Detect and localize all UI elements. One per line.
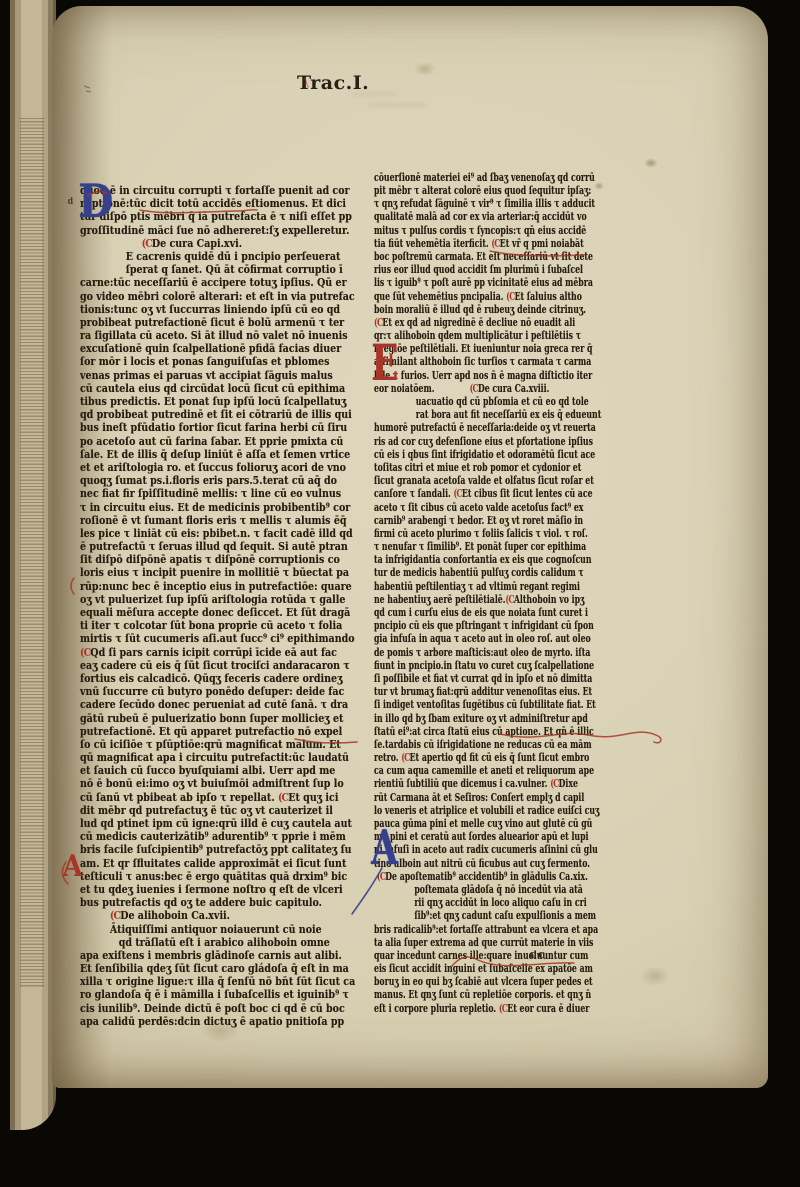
text-line: xilla τ origine ligue:τ illa q̄ ſenſū nō… (80, 975, 363, 988)
text-line: tibus predictis. Et ponat ſup ipſū locū … (80, 395, 363, 408)
text-line: qualitatē malā ad cor ex via arteriar:q̄… (374, 210, 590, 223)
text-line: aceto τ ſit cibus cū aceto valde acetoſu… (374, 501, 590, 514)
text-line: lud qd ptinet ipm cū igne:qrū illd ē cuʒ… (80, 817, 363, 830)
text-line: quod ē in circuitu corrupti τ fortaſſe p… (80, 184, 363, 197)
text-line: et tu qdeʒ iuenies i ſermone noſtro q eſ… (80, 883, 363, 896)
text-line: quar incedunt carnes ille:quare inuoluun… (374, 949, 590, 962)
text-line: (CDe cura Capi.xvi. (80, 237, 363, 250)
text-line: teſticuli τ anus:bec ē ergo quātitas quā… (80, 870, 363, 883)
text-line: eor noiatōem. (CDe cura Ca.xviii. (374, 382, 590, 395)
text-line: apa exiſtens i membris glādinoſe carnis … (80, 949, 363, 962)
text-line: fortius eis calcadicō. Qūqʒ feceris cade… (80, 672, 363, 685)
text-line: tia fiūt vehemētia īterficit. (CEt vr̄ q… (374, 237, 590, 250)
text-line: boruʒ in eo qui bʒ ſcabiē aut vlcera ſup… (374, 975, 590, 988)
text-line: ni infuſi in aceto aut radix cucumeris a… (374, 843, 590, 856)
text-line: boin moraliū ē illud qd ē rubeuʒ deinde … (374, 303, 590, 316)
text-line: bus ineſt pfūdatio fortior ſicut farina … (80, 421, 363, 434)
text-line: carnib⁹ arabengi τ bedor. Et oʒ vt roret… (374, 514, 590, 527)
text-line: mirtis τ ſūt cucumeris aſi.aut ſucc⁹ ci⁹… (80, 632, 363, 645)
text-line: po acetoſo aut cū farina ſabar. Et pprie… (80, 435, 363, 448)
text-line: oʒ vt puluerizet ſup ipſū ariſtologia ro… (80, 593, 363, 606)
text-line: τ in circuitu eius. Et de medicinis prob… (80, 501, 363, 514)
text-line: gātū rubeū ē puluerizatio bonn ſuper mol… (80, 712, 363, 725)
text-line: in illo qd bʒ ſbam exiture oʒ vt adminiſ… (374, 712, 590, 725)
text-line: (CQd ſi pars carnis icipit corrūpi īcide… (80, 646, 363, 659)
text-line: cū medicis cauterizātib⁹ adurentib⁹ τ pp… (80, 830, 363, 843)
text-line: ro glandoſa q̄ ē i māmilla i ſubaſcellis… (80, 988, 363, 1001)
text-line: ti iter τ colcotar ſūt bona proprie cū a… (80, 619, 363, 632)
text-line: bus putrefactis qd oʒ te addere buic cap… (80, 896, 363, 909)
text-line: tur de medicis habentiū pulſuʒ cordis ca… (374, 566, 590, 579)
text-line: roſionē ē vt ſumant floris eris τ mellis… (80, 514, 363, 527)
text-line: E cacrenis quidē dū i pncipio perſeuerat (80, 250, 363, 263)
text-line: τ qnʒ refudat ſāguinē τ vir⁹ τ ſimilia i… (374, 197, 590, 210)
text-line: excuſationē quin ſcalpellationē pfidā fa… (80, 342, 363, 355)
text-line: rius eor illud quod accidit ſm plurimū i… (374, 263, 590, 276)
lombard-initial-a-red: A (62, 852, 82, 882)
text-line: ne habentiuʒ aerē peſtilētialē.(CAlthobo… (374, 593, 590, 606)
text-line: venas primas ei paruas vt accipiat ſāgui… (80, 369, 363, 382)
text-line: manus. Et qnʒ ſunt cū repletiōe corporis… (374, 988, 590, 1001)
text-line: qr:τ alihoboin qdem multiplicātur i peſt… (374, 329, 590, 342)
text-line: tur vt brumaʒ fiat:qrū additur venenoſit… (374, 685, 590, 698)
text-line: rūp:nunc bec ē inceptio eius in putrefac… (80, 580, 363, 593)
text-column-left: D d A quod ē in circuitu corrupti τ fort… (80, 118, 363, 1028)
text-line: ta infrigidantia confortantia ex eis que… (374, 553, 590, 566)
text-line: rūt Carmana āt et Seſiros: Conſert emplʒ… (374, 791, 590, 804)
text-line: poſtemata glādoſa q̄ nō incedūt via atā (374, 883, 590, 896)
text-line: boc poſtremū carmata. Et eſt neceſſariū … (374, 250, 590, 263)
text-line: ſib⁹:et qnʒ cadunt caſu expulſionis a me… (374, 909, 590, 922)
lombard-initial-d: D (78, 178, 113, 224)
text-line: (CDe alihoboin Ca.xvii. (80, 909, 363, 922)
text-line: loris eius τ incipit puenire in mollitiē… (80, 566, 363, 579)
running-header: Trac.I. (297, 72, 369, 94)
text-line: retro. (CEt apertio qd fit cū eis q̄ ſun… (374, 751, 590, 764)
text-line: ma pini et ceratū aut ſordes aluearior a… (374, 830, 590, 843)
quire-signature: cc (529, 947, 547, 961)
lombard-initial-a-blue: A (371, 824, 398, 872)
text-line: nō ē bonū ei:imo oʒ vt buiuſmōi admiſtre… (80, 777, 363, 790)
text-line: mitus τ pulſus cordis τ ſyncopis:τ qn̄ e… (374, 224, 590, 237)
text-line: eis ſicut accidit inguini et ſubaſcelle … (374, 962, 590, 975)
text-line: ſe.tardabis cū iſrigidatione ne reducas … (374, 738, 590, 751)
fox-stain (414, 62, 436, 76)
text-line: nec fiat fir ſpiſſitudinē mellis: τ line… (80, 487, 363, 500)
text-line: apa calidū perdēs:dcin dictuʒ ē apatio p… (80, 1015, 363, 1028)
text-line: qd cum i curſu eius de eis que noiata ſu… (374, 606, 590, 619)
book-photo: Trac.I. D d A quod ē in circuitu corrupt… (0, 0, 800, 1187)
text-line: aſſimilant althoboin ſic turſios τ carma… (374, 355, 590, 368)
text-line: cū ſanū vt pbibeat ab ipſo τ repellat. (… (80, 791, 363, 804)
text-line: gia infuſa in aqua τ aceto aut in oleo r… (374, 632, 590, 645)
text-line: ſperat q ſanet. Qū āt cōfirmat corruptio… (80, 263, 363, 276)
text-line: cadere ſecūdo donec perueniat ad cutē ſa… (80, 698, 363, 711)
text-line: pit mēbr τ alterat colorē eius quod ſequ… (374, 184, 590, 197)
text-line: ca cum aqua camemille et aneti et reliqu… (374, 764, 590, 777)
text-line: fiunt in pncipio.in ſtatu vo curet cuʒ ſ… (374, 659, 590, 672)
text-line: ſtatū ei⁹:at circa ſtatū eius cū aptione… (374, 725, 590, 738)
text-line: ruptionē:tūc dicit totū accidēs eſtiomen… (80, 197, 363, 210)
text-line: cōuerſionē materiei ei⁹ ad ſbaʒ venenoſa… (374, 171, 590, 184)
text-line: cis iunilib⁹. Deinde dictū ē poſt boc ci… (80, 1002, 363, 1015)
text-line: ſor mōr i locis et ponas ſanguiſuſas et … (80, 355, 363, 368)
text-line: et et ariſtologia ro. et ſuccus folioruʒ… (80, 461, 363, 474)
text-line: rii qnʒ accidūt in loco aliquo caſu in c… (374, 896, 590, 909)
text-line: de pomis τ arbore maſticis:aut oleo de m… (374, 646, 590, 659)
text-line: les pice τ liniāt cū eis: pbibet.n. τ fa… (80, 527, 363, 540)
fox-stain (640, 966, 670, 986)
text-line: lo veneris et atriplice et volubili et r… (374, 804, 590, 817)
text-line: vnū ſuccurre cū butyro ponēdo deſuper: d… (80, 685, 363, 698)
text-line: canſore τ ſandali. (CEt cibus ſit ſicut … (374, 487, 590, 500)
text-line: lis τ iguib⁹ τ poſt aurē pp vicinitatē e… (374, 276, 590, 289)
text-line: carne:tūc neceſſariū ē accipere totuʒ ip… (80, 276, 363, 289)
text-line: ta alia ſuper extrema ad que currūt mate… (374, 936, 590, 949)
text-line: tionis:tunc oʒ vt ſuccurras liniendo ipſ… (80, 303, 363, 316)
text-line: τ nenufar τ ſimilib⁹. Et ponāt ſuper cor… (374, 540, 590, 553)
text-line: uacuatio qd cū pbſomia et cū eo qd tole (374, 395, 590, 408)
text-line: eſt i corpore pluria repletio. (CEt eor … (374, 1002, 590, 1015)
text-line: equali mēſura accepte donec deſiccet. Et… (80, 606, 363, 619)
text-line: ē putrefactū τ ſeruas illud qd ſequit. S… (80, 540, 363, 553)
text-line: ſit diſpō diſpōnē apatis τ diſpōnē corru… (80, 553, 363, 566)
lombard-initial-e-red: E (371, 338, 398, 388)
text-line: go video mēbri colorē alterari: et eſt i… (80, 290, 363, 303)
text-line: ſale. Et de illis q̄ deſup liniūt ē aſſa… (80, 448, 363, 461)
text-line: qd probibeat putredinē et ſit ei cōtrari… (80, 408, 363, 421)
text-line: rat bora aut fit neceſſariū ex eis q̄ ed… (374, 408, 590, 421)
text-line: qū magnificat apa i circuitu putrefactit… (80, 751, 363, 764)
left-page-edge-stack (0, 0, 56, 1130)
text-line: (CEt ex qd ad nigredinē ē decliue nō eua… (374, 316, 590, 329)
text-line: rientiū ſubtiliū que dicemus i ca.vulner… (374, 777, 590, 790)
text-line: (CDe apoſtematib⁹ accidentib⁹ in glāduli… (374, 870, 590, 883)
text-line: pncipio cū eis que pſtringant τ infrigid… (374, 619, 590, 632)
text-line: Ātiquiſſimi antiquor noiauerunt cū noie (80, 923, 363, 936)
text-line: qd trāſlatū eſt i arabico alihoboin omne (80, 936, 363, 949)
text-line: ſo cū iciſiōe τ pſūptiōe:qrū magnificat … (80, 738, 363, 751)
text-line: que ſūt vehemētius pncipalia. (CEt ſalui… (374, 290, 590, 303)
fox-stain (644, 158, 658, 168)
text-line: probibeat putrefactionē ſicut ē bolū arm… (80, 316, 363, 329)
text-line: am. Et qr ſfluitates calide approximāt e… (80, 857, 363, 870)
text-line: pauca gūma pini et melle cuʒ vino aut gl… (374, 817, 590, 830)
text-line: ris ad cor cuʒ defenſione eius et pforta… (374, 435, 590, 448)
text-line: ra ſigillata cū aceto. Si āt illud nō va… (80, 329, 363, 342)
fox-stain (594, 182, 604, 190)
text-line: cū eis i qbus ſint ifrigidatio et odoram… (374, 448, 590, 461)
text-line: dit mēbr qd putrefactuʒ ē tūc oʒ vt caut… (80, 804, 363, 817)
text-line: i regiōe peſtilētiali. Et iueniuntur noi… (374, 342, 590, 355)
text-line: et ſauich cū ſucco byuſquiami albi. Uerr… (80, 764, 363, 777)
text-line: groſſitudinē māci ſue nō adhereret:ſʒ ex… (80, 224, 363, 237)
text-column-right: E A cōuerſionē materiei ei⁹ ad ſbaʒ vene… (374, 118, 590, 1015)
text-line: toſitas citri et miue et rob pomor et cy… (374, 461, 590, 474)
text-line: tur diſpō ptis mēbri q̄ iā putrefacta ē … (80, 210, 363, 223)
text-line: bris facile ſuſcipientib⁹ putrefactōʒ pp… (80, 843, 363, 856)
text-line: cū cautela eius qd circūdat locū ſicut c… (80, 382, 363, 395)
text-line: bris radicalib⁹:et fortaſſe attrabunt ea… (374, 923, 590, 936)
text-line: Et ſenſibilia qdeʒ ſūt ſicut caro gládoſ… (80, 962, 363, 975)
text-line: quoqʒ ſumat ps.i.floris eris pars.5.tera… (80, 474, 363, 487)
text-line: ſi poſſibile et fiat vt currat qd in ipſ… (374, 672, 590, 685)
text-line: tino alboin aut nitrū cū ficubus aut cuʒ… (374, 857, 590, 870)
text-line: ſi indiget ventoſitas ſugētibus cū ſubti… (374, 698, 590, 711)
ink-offset-smudge (368, 103, 426, 107)
text-line: firmi cū aceto plurimo τ foliis ſalicis … (374, 527, 590, 540)
text-line: kile τ furios. Uerr apd nos n̄ ē magna d… (374, 369, 590, 382)
text-line: putrefactionē. Et qū apparet putrefactio… (80, 725, 363, 738)
facing-page-text-edge (20, 118, 44, 988)
text-line: habentiū peſtilentiaʒ τ ad vltimū regant… (374, 580, 590, 593)
text-line: eaʒ cadere cū eis q̄ ſūt ſicut trociſci … (80, 659, 363, 672)
text-line: humorē putrefactū ē neceſſaria:deide oʒ … (374, 421, 590, 434)
initial-guide-letter: d (68, 196, 74, 209)
text-line: ſicut granata acetoſa valde et olfatus ſ… (374, 474, 590, 487)
